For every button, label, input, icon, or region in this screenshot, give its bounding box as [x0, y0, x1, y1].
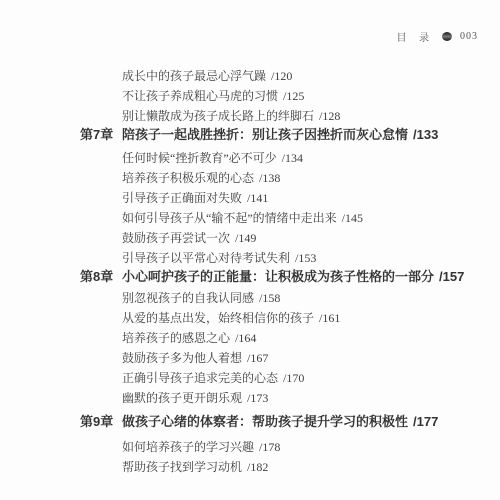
toc-item-page: /173	[247, 391, 268, 405]
toc-item-page: /167	[247, 351, 268, 365]
toc-item-page: /128	[319, 109, 340, 123]
toc-item: 培养孩子的感恩之心/164	[80, 328, 482, 348]
toc-item: 培养孩子积极乐观的心态/138	[80, 168, 482, 188]
toc-item-text: 任何时候“挫折教育”必不可少	[122, 151, 277, 165]
toc-item-text: 正确引导孩子追求完美的心态	[122, 371, 278, 385]
toc-item-page: /164	[235, 331, 256, 345]
toc-item: 引导孩子以平常心对待考试失利/153	[80, 248, 482, 268]
toc-item: 引导孩子正确面对失败/141	[80, 188, 482, 208]
toc-item: 别忽视孩子的自我认同感/158	[80, 288, 482, 308]
toc-item: 别让懒散成为孩子成长路上的绊脚石/128	[80, 106, 482, 126]
toc-item: 鼓励孩子多为他人着想/167	[80, 348, 482, 368]
toc-item-page: /161	[319, 311, 340, 325]
toc-item-text: 培养孩子的感恩之心	[122, 331, 230, 345]
chapter-page: /157	[439, 269, 464, 284]
toc-item: 正确引导孩子追求完美的心态/170	[80, 368, 482, 388]
toc-item-text: 幽默的孩子更开朗乐观	[122, 391, 242, 405]
toc-item: 如何培养孩子的学习兴趣/178	[80, 437, 482, 457]
toc-list: 成长中的孩子最忌心浮气躁/120 不让孩子养成粗心马虎的习惯/125 别让懒散成…	[80, 0, 482, 500]
chapter-title: 陪孩子一起战胜挫折：别让孩子因挫折而灰心怠惰	[122, 127, 408, 142]
toc-item-page: /178	[259, 440, 280, 454]
toc-item: 任何时候“挫折教育”必不可少/134	[80, 148, 482, 168]
toc-item: 成长中的孩子最忌心浮气躁/120	[80, 66, 482, 86]
toc-item-page: /153	[295, 251, 316, 265]
toc-item-text: 帮助孩子找到学习动机	[122, 460, 242, 474]
chapter-heading: 第9章 做孩子心绪的体察者：帮助孩子提升学习的积极性/177	[80, 412, 482, 432]
toc-item-page: /120	[271, 69, 292, 83]
toc-item: 从爱的基点出发，始终相信你的孩子/161	[80, 308, 482, 328]
chapter-label: 第7章	[80, 125, 113, 145]
toc-page: 目 录 003 成长中的孩子最忌心浮气躁/120 不让孩子养成粗心马虎的习惯/1…	[0, 0, 500, 500]
toc-item-text: 引导孩子正确面对失败	[122, 191, 242, 205]
chapter-heading: 第7章 陪孩子一起战胜挫折：别让孩子因挫折而灰心怠惰/133	[80, 125, 482, 145]
toc-item-text: 培养孩子积极乐观的心态	[122, 171, 254, 185]
toc-item-text: 成长中的孩子最忌心浮气躁	[122, 69, 266, 83]
chapter-title: 做孩子心绪的体察者：帮助孩子提升学习的积极性	[122, 414, 408, 429]
toc-item-page: /145	[342, 211, 363, 225]
toc-item: 幽默的孩子更开朗乐观/173	[80, 388, 482, 408]
toc-item-page: /141	[247, 191, 268, 205]
toc-item: 帮助孩子找到学习动机/182	[80, 457, 482, 477]
chapter-heading: 第8章 小心呵护孩子的正能量：让积极成为孩子性格的一部分/157	[80, 267, 482, 287]
toc-item-text: 别让懒散成为孩子成长路上的绊脚石	[122, 109, 314, 123]
toc-item-text: 鼓励孩子多为他人着想	[122, 351, 242, 365]
toc-item-page: /158	[259, 291, 280, 305]
toc-item-page: /134	[282, 151, 303, 165]
toc-item: 鼓励孩子再尝试一次/149	[80, 228, 482, 248]
toc-item-text: 引导孩子以平常心对待考试失利	[122, 251, 290, 265]
toc-item-page: /170	[283, 371, 304, 385]
chapter-page: /177	[413, 414, 438, 429]
toc-item: 如何引导孩子从“输不起”的情绪中走出来/145	[80, 208, 482, 228]
chapter-label: 第8章	[80, 267, 113, 287]
chapter-page: /133	[413, 127, 438, 142]
chapter-title: 小心呵护孩子的正能量：让积极成为孩子性格的一部分	[122, 269, 434, 284]
toc-item-text: 鼓励孩子再尝试一次	[122, 231, 230, 245]
toc-item-page: /125	[283, 89, 304, 103]
toc-item-page: /138	[259, 171, 280, 185]
toc-item-page: /149	[235, 231, 256, 245]
toc-item-text: 别忽视孩子的自我认同感	[122, 291, 254, 305]
toc-item-text: 如何培养孩子的学习兴趣	[122, 440, 254, 454]
toc-item-text: 不让孩子养成粗心马虎的习惯	[122, 89, 278, 103]
toc-item-text: 从爱的基点出发，始终相信你的孩子	[122, 311, 314, 325]
toc-item-page: /182	[247, 460, 268, 474]
toc-item: 不让孩子养成粗心马虎的习惯/125	[80, 86, 482, 106]
toc-item-text: 如何引导孩子从“输不起”的情绪中走出来	[122, 211, 337, 225]
chapter-label: 第9章	[80, 412, 113, 432]
